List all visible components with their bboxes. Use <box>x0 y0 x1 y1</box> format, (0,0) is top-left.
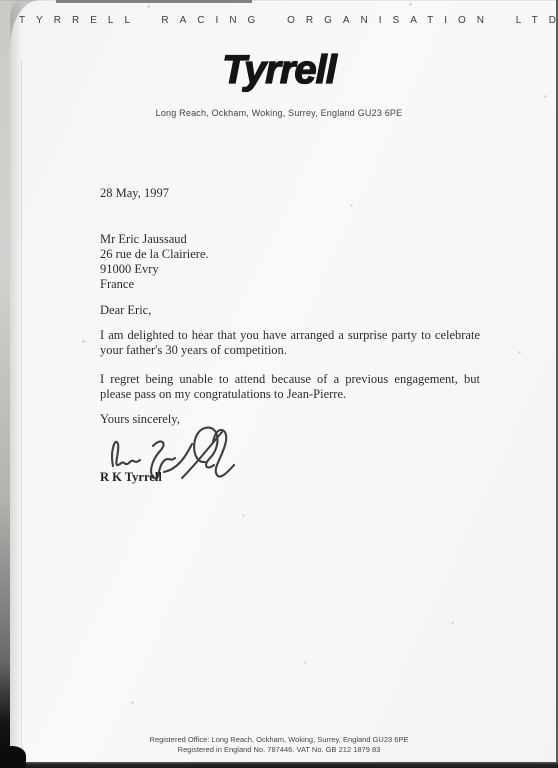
letter-date: 28 May, 1997 <box>100 186 169 201</box>
recipient-name: Mr Eric Jaussaud <box>100 232 209 247</box>
company-name-line: TYRRELL RACING ORGANISATION LTD <box>19 15 558 26</box>
scan-top-artifact <box>56 0 252 3</box>
page-fold-line <box>21 60 22 762</box>
recipient-street: 26 rue de la Clairiere. <box>100 247 209 262</box>
scanned-letter: TYRRELL RACING ORGANISATION LTD Tyrrell … <box>0 0 558 768</box>
recipient-address: Mr Eric Jaussaud 26 rue de la Clairiere.… <box>100 232 209 292</box>
salutation: Dear Eric, <box>100 303 151 318</box>
scan-bottom-edge <box>0 762 558 768</box>
letterhead-address: Long Reach, Ockham, Woking, Surrey, Engl… <box>0 108 558 118</box>
paragraph-2: I regret being unable to attend because … <box>100 372 480 402</box>
recipient-city: 91000 Evry <box>100 262 209 277</box>
signatory-name: R K Tyrrell <box>100 470 162 485</box>
tyrrell-logo: Tyrrell <box>0 48 558 93</box>
footer-line-1: Registered Office: Long Reach, Ockham, W… <box>0 735 558 745</box>
footer-line-2: Registered in England No. 787446. VAT No… <box>0 745 558 755</box>
registered-office-footer: Registered Office: Long Reach, Ockham, W… <box>0 735 558 754</box>
paragraph-1: I am delighted to hear that you have arr… <box>100 328 480 358</box>
scan-noise <box>0 0 1 1</box>
recipient-country: France <box>100 277 209 292</box>
